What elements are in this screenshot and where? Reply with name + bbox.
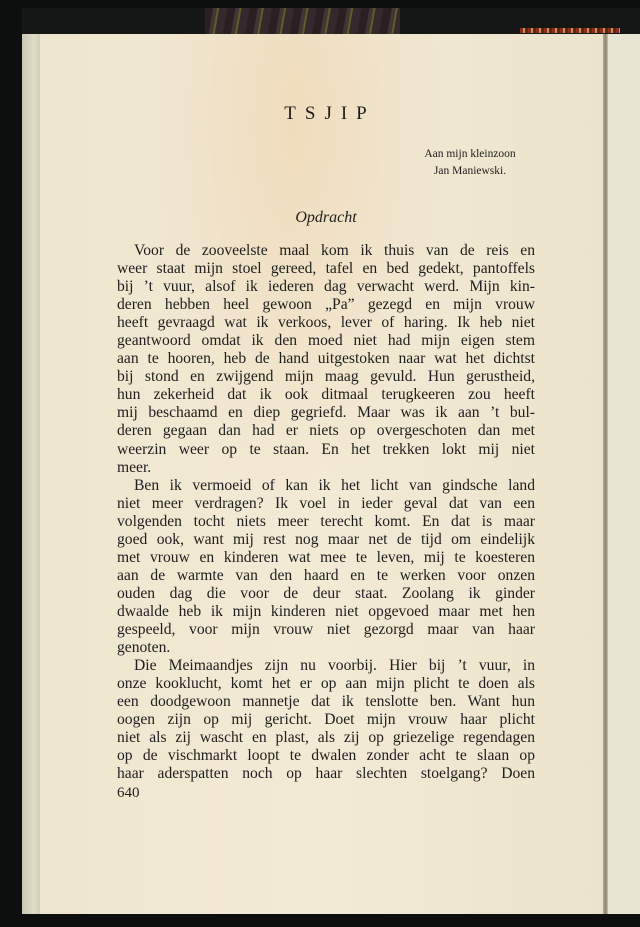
text-line: Ben ik vermoeid of kan ik het licht van … bbox=[117, 477, 535, 495]
text-line: niet meer verdragen? Ik voel in ieder ge… bbox=[117, 495, 535, 513]
paragraph: Die Meimaandjes zijn nu voorbij. Hier bi… bbox=[117, 657, 535, 783]
text-line: heeft gevraagd wat ik verkoos, lever of … bbox=[117, 314, 535, 332]
text-line: volgenden tocht niets meer terecht komt.… bbox=[117, 513, 535, 531]
text-line: haar aderspatten noch op haar slechten s… bbox=[117, 765, 535, 783]
dedication-line: Jan Maniewski. bbox=[400, 163, 540, 180]
text-line: geantwoord omdat ik den moed niet had mi… bbox=[117, 332, 535, 350]
text-line: deren gegaan dan had er niets op overges… bbox=[117, 422, 535, 440]
text-line: onze kooklucht, komt het er op aan mijn … bbox=[117, 675, 535, 693]
section-heading: Opdracht bbox=[0, 209, 640, 227]
text-line: aan de warmte van den haard en te werken… bbox=[117, 567, 535, 585]
text-line: meer. bbox=[117, 459, 535, 477]
marbled-endpaper bbox=[205, 8, 400, 34]
facing-page bbox=[608, 34, 640, 914]
text-line: op de vischmarkt loopt te dwalen zonder … bbox=[117, 747, 535, 765]
text-line: niet als zij wascht en plast, als zij op… bbox=[117, 729, 535, 747]
text-line: aan te hooren, heb de hand uitgestoken n… bbox=[117, 350, 535, 368]
text-line: Voor de zooveelste maal kom ik thuis van… bbox=[117, 242, 535, 260]
text-line: mij beschaamd en diep gegriefd. Maar was… bbox=[117, 404, 535, 422]
text-line: met vrouw en kinderen wat mee te leven, … bbox=[117, 549, 535, 567]
body-text: Voor de zooveelste maal kom ik thuis van… bbox=[117, 242, 535, 783]
text-line: dwaalde heb ik mijn kinderen niet opgevo… bbox=[117, 603, 535, 621]
dedication-line: Aan mijn kleinzoon bbox=[400, 146, 540, 163]
text-line: weerzin weer op te staan. En het trekken… bbox=[117, 441, 535, 459]
text-line: Die Meimaandjes zijn nu voorbij. Hier bi… bbox=[117, 657, 535, 675]
page-number: 640 bbox=[117, 785, 140, 802]
text-line: deren hebben heel gewoon „Pa” gezegd en … bbox=[117, 296, 535, 314]
page-stack-edge bbox=[22, 34, 42, 914]
text-line: weer staat mijn stoel gereed, tafel en b… bbox=[117, 260, 535, 278]
text-line: bij stond en zwijgend mijn maag gevuld. … bbox=[117, 368, 535, 386]
text-line: goed ook, want mij rest nog maar net de … bbox=[117, 531, 535, 549]
text-line: genoten. bbox=[117, 639, 535, 657]
text-line: bij ’t vuur, alsof ik iederen dag verwac… bbox=[117, 278, 535, 296]
text-line: ouden dag die voor de deur staat. Zoolan… bbox=[117, 585, 535, 603]
paragraph: Ben ik vermoeid of kan ik het licht van … bbox=[117, 477, 535, 657]
text-line: oogen zijn op mij gericht. Doet mijn vro… bbox=[117, 711, 535, 729]
paragraph: Voor de zooveelste maal kom ik thuis van… bbox=[117, 242, 535, 477]
book-headband bbox=[520, 28, 620, 33]
text-line: een doodgewoon mannetje dat ik tenslotte… bbox=[117, 693, 535, 711]
page-title: TSJIP bbox=[0, 103, 640, 125]
dedication: Aan mijn kleinzoon Jan Maniewski. bbox=[400, 146, 540, 180]
text-line: hun zekerheid dat ik ook ditmaal terugke… bbox=[117, 386, 535, 404]
text-line: gespeeld, voor mijn vrouw niet gezorgd m… bbox=[117, 621, 535, 639]
